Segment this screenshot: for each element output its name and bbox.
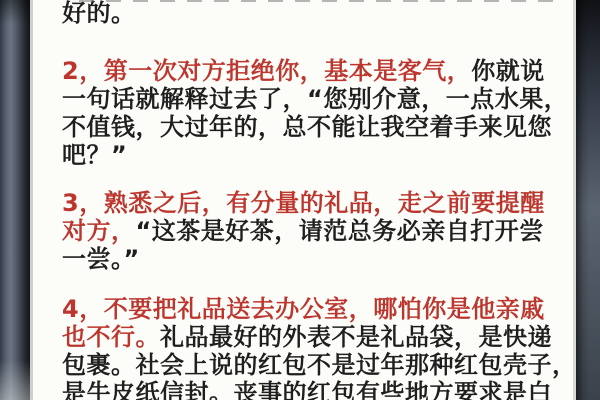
body-text: 是牛皮纸信封。丧事的红包有些地方要求是白: [62, 379, 552, 400]
text-line: 对方，“这茶是好茶，请范总务必亲自打开尝: [62, 217, 573, 245]
text-line: 2，第一次对方拒绝你，基本是客气，你就说: [62, 57, 573, 85]
body-text: 一尝。”: [62, 245, 140, 273]
text-line: 一句话就解释过去了，“您别介意，一点水果，: [62, 85, 573, 113]
body-text: 不值钱，大过年的，总不能让我空着手来见您: [62, 113, 552, 141]
text-line: 一尝。”: [62, 245, 573, 273]
body-text: “这茶是好茶，请范总务必亲自打开尝: [136, 217, 544, 245]
right-frame-bar: [576, 0, 600, 400]
text-line: 也不行。礼品最好的外表不是礼品袋，是快递: [62, 323, 573, 351]
text-line: 是牛皮纸信封。丧事的红包有些地方要求是白: [62, 379, 573, 400]
text-line: 不值钱，大过年的，总不能让我空着手来见您: [62, 113, 573, 141]
text-line: 3，熟悉之后，有分量的礼品，走之前要提醒: [62, 189, 573, 217]
emphasis-red-text: 对方，: [62, 217, 136, 245]
cropped-line-remnant: [79, 0, 565, 2]
left-frame-bar: [0, 0, 30, 400]
emphasis-red-text: 3，熟悉之后，有分量的礼品，走之前要提醒: [62, 189, 545, 217]
text-line: 4，不要把礼品送去办公室，哪怕你是他亲戚: [62, 295, 573, 323]
paragraph-2: 2，第一次对方拒绝你，基本是客气，你就说 一句话就解释过去了，“您别介意，一点水…: [62, 57, 573, 169]
body-text: 吧？”: [62, 141, 127, 169]
emphasis-red-text: 也不行。: [62, 323, 160, 351]
emphasis-red-text: 4，不要把礼品送去办公室，哪怕你是他亲戚: [62, 295, 545, 323]
paragraph-3: 3，熟悉之后，有分量的礼品，走之前要提醒 对方，“这茶是好茶，请范总务必亲自打开…: [62, 189, 573, 273]
body-text: 好的。: [62, 0, 136, 27]
text-line: 包裹。社会上说的红包不是过年那种红包壳子，: [62, 351, 573, 379]
paragraph-1: 好的。: [62, 0, 573, 27]
body-text: 包裹。社会上说的红包不是过年那种红包壳子，: [62, 351, 576, 379]
body-text: 礼品最好的外表不是礼品袋，是快递: [160, 323, 552, 351]
document-page: 好的。 2，第一次对方拒绝你，基本是客气，你就说 一句话就解释过去了，“您别介意…: [30, 0, 576, 400]
photo-frame: 好的。 2，第一次对方拒绝你，基本是客气，你就说 一句话就解释过去了，“您别介意…: [0, 0, 600, 400]
body-text: 你就说: [471, 57, 545, 85]
emphasis-red-text: 2，第一次对方拒绝你，基本是客气，: [62, 57, 471, 85]
paragraph-4: 4，不要把礼品送去办公室，哪怕你是他亲戚 也不行。礼品最好的外表不是礼品袋，是快…: [62, 295, 573, 400]
text-line: 好的。: [62, 0, 573, 27]
body-text: 一句话就解释过去了，“您别介意，一点水果，: [62, 85, 568, 113]
text-line: 吧？”: [62, 141, 573, 169]
